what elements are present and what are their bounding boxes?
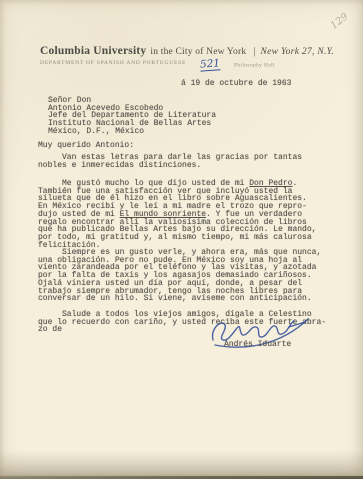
salutation: Muy querido Antonio:	[38, 142, 134, 150]
letter-date: á 19 de octubre de 1963	[181, 80, 291, 88]
letter-page: 129 Columbia University in the City of N…	[0, 0, 363, 479]
room-building-label: Philosophy Hall	[234, 62, 275, 68]
letterhead-department: DEPARTMENT OF SPANISH AND PORTUGUESE	[40, 59, 186, 65]
body-paragraph-2: Me gustó mucho lo que dijo usted de mi D…	[38, 180, 316, 249]
body-paragraph-1: Van estas letras para darle las gracias …	[38, 154, 302, 169]
body-paragraph-3: Siempre es un gusto verle, y ahora era, …	[38, 249, 321, 303]
room-number-handwritten: 521	[200, 57, 221, 71]
letterhead-university-name: Columbia University	[40, 45, 146, 57]
typed-signature-name: Andrés Iduarte	[224, 341, 291, 349]
letterhead: Columbia University in the City of New Y…	[40, 41, 334, 59]
recipient-address-block: Señor Don Antonio Acevedo Escobedo Jefe …	[48, 97, 216, 136]
room-annotation: 521 Philosophy Hall	[200, 54, 282, 72]
pencil-page-number: 129	[329, 11, 351, 31]
